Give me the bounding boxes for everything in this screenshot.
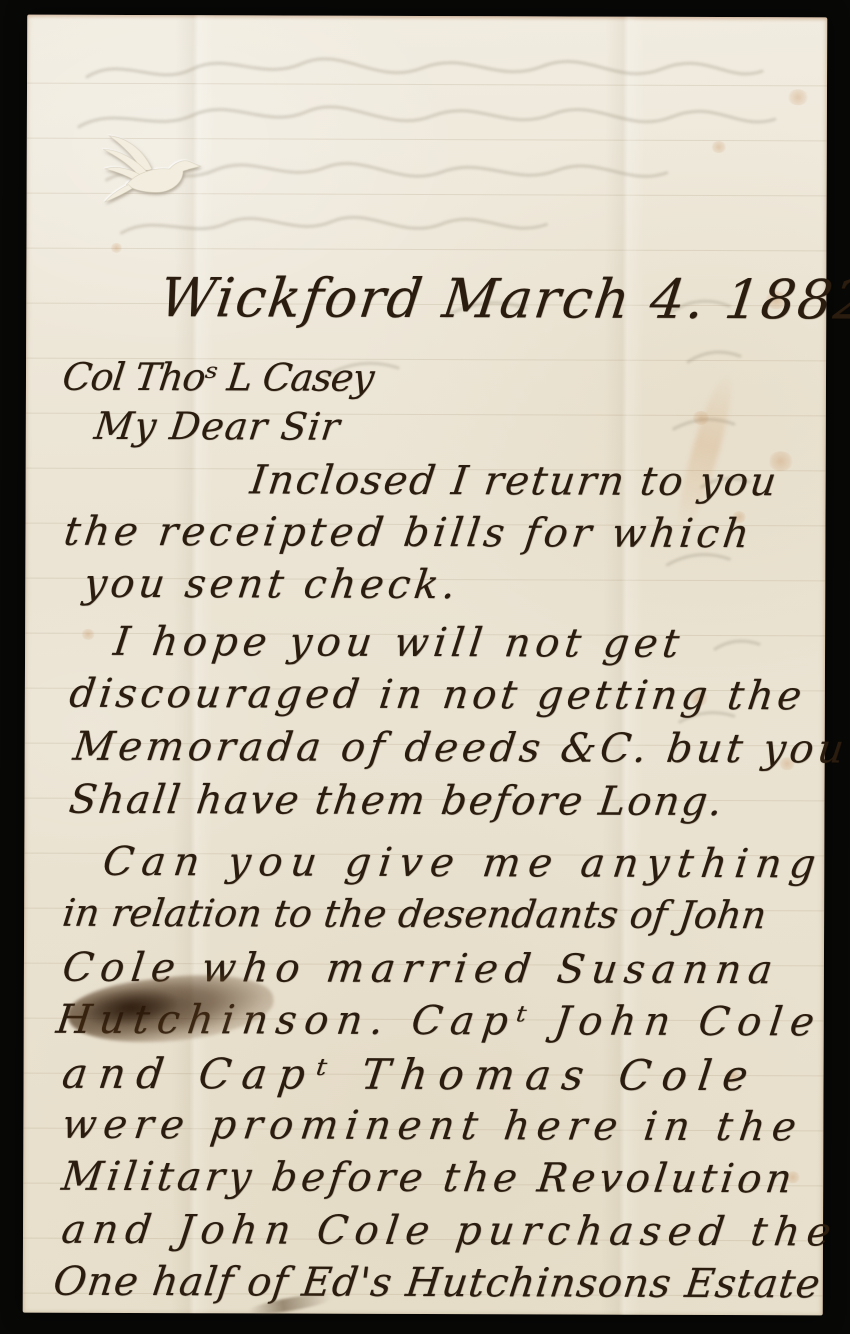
foxing-spot [110, 243, 122, 253]
body-line: and Capᵗ Thomas Cole [59, 1050, 761, 1101]
body-line: Hutchinson. Capᵗ John Cole [54, 997, 825, 1046]
body-line: in relation to the desendants of John [60, 892, 769, 938]
body-line: Shall have them before Long. [66, 777, 726, 825]
body-line: you sent check. [81, 561, 462, 608]
body-line: Can you give me anything [100, 839, 826, 887]
body-line: Inclosed I return to you [248, 457, 781, 505]
body-line: Memorada of deeds &C. but you [71, 724, 850, 773]
recipient-line: Col Thoˢ L Casey [60, 356, 376, 401]
foxing-spot [692, 411, 710, 425]
salutation-line: My Dear Sir [92, 405, 343, 450]
body-line: discouraged in not getting the [67, 671, 808, 720]
foxing-spot [787, 89, 809, 105]
body-line: Military before the Revolution [59, 1154, 798, 1203]
body-line: and John Cole purchased the [59, 1207, 840, 1256]
letter-page: Wickford March 4. 1882 Col Thoˢ L Casey … [23, 15, 828, 1316]
scan-background: { "palette": { "background": "#080807", … [0, 0, 850, 1334]
body-line: the receipted bills for which [61, 509, 755, 557]
body-line: One half of Ed's Hutchinsons Estate [51, 1259, 824, 1308]
foxing-spot [711, 141, 727, 153]
body-line: were prominent here in the [59, 1102, 805, 1151]
body-line: Cole who married Susanna [60, 945, 782, 993]
dateline: Wickford March 4. 1882 [156, 267, 850, 332]
body-line: I hope you will not get [111, 619, 687, 667]
foxing-spot [81, 629, 95, 640]
dove-emboss-icon [99, 130, 217, 208]
